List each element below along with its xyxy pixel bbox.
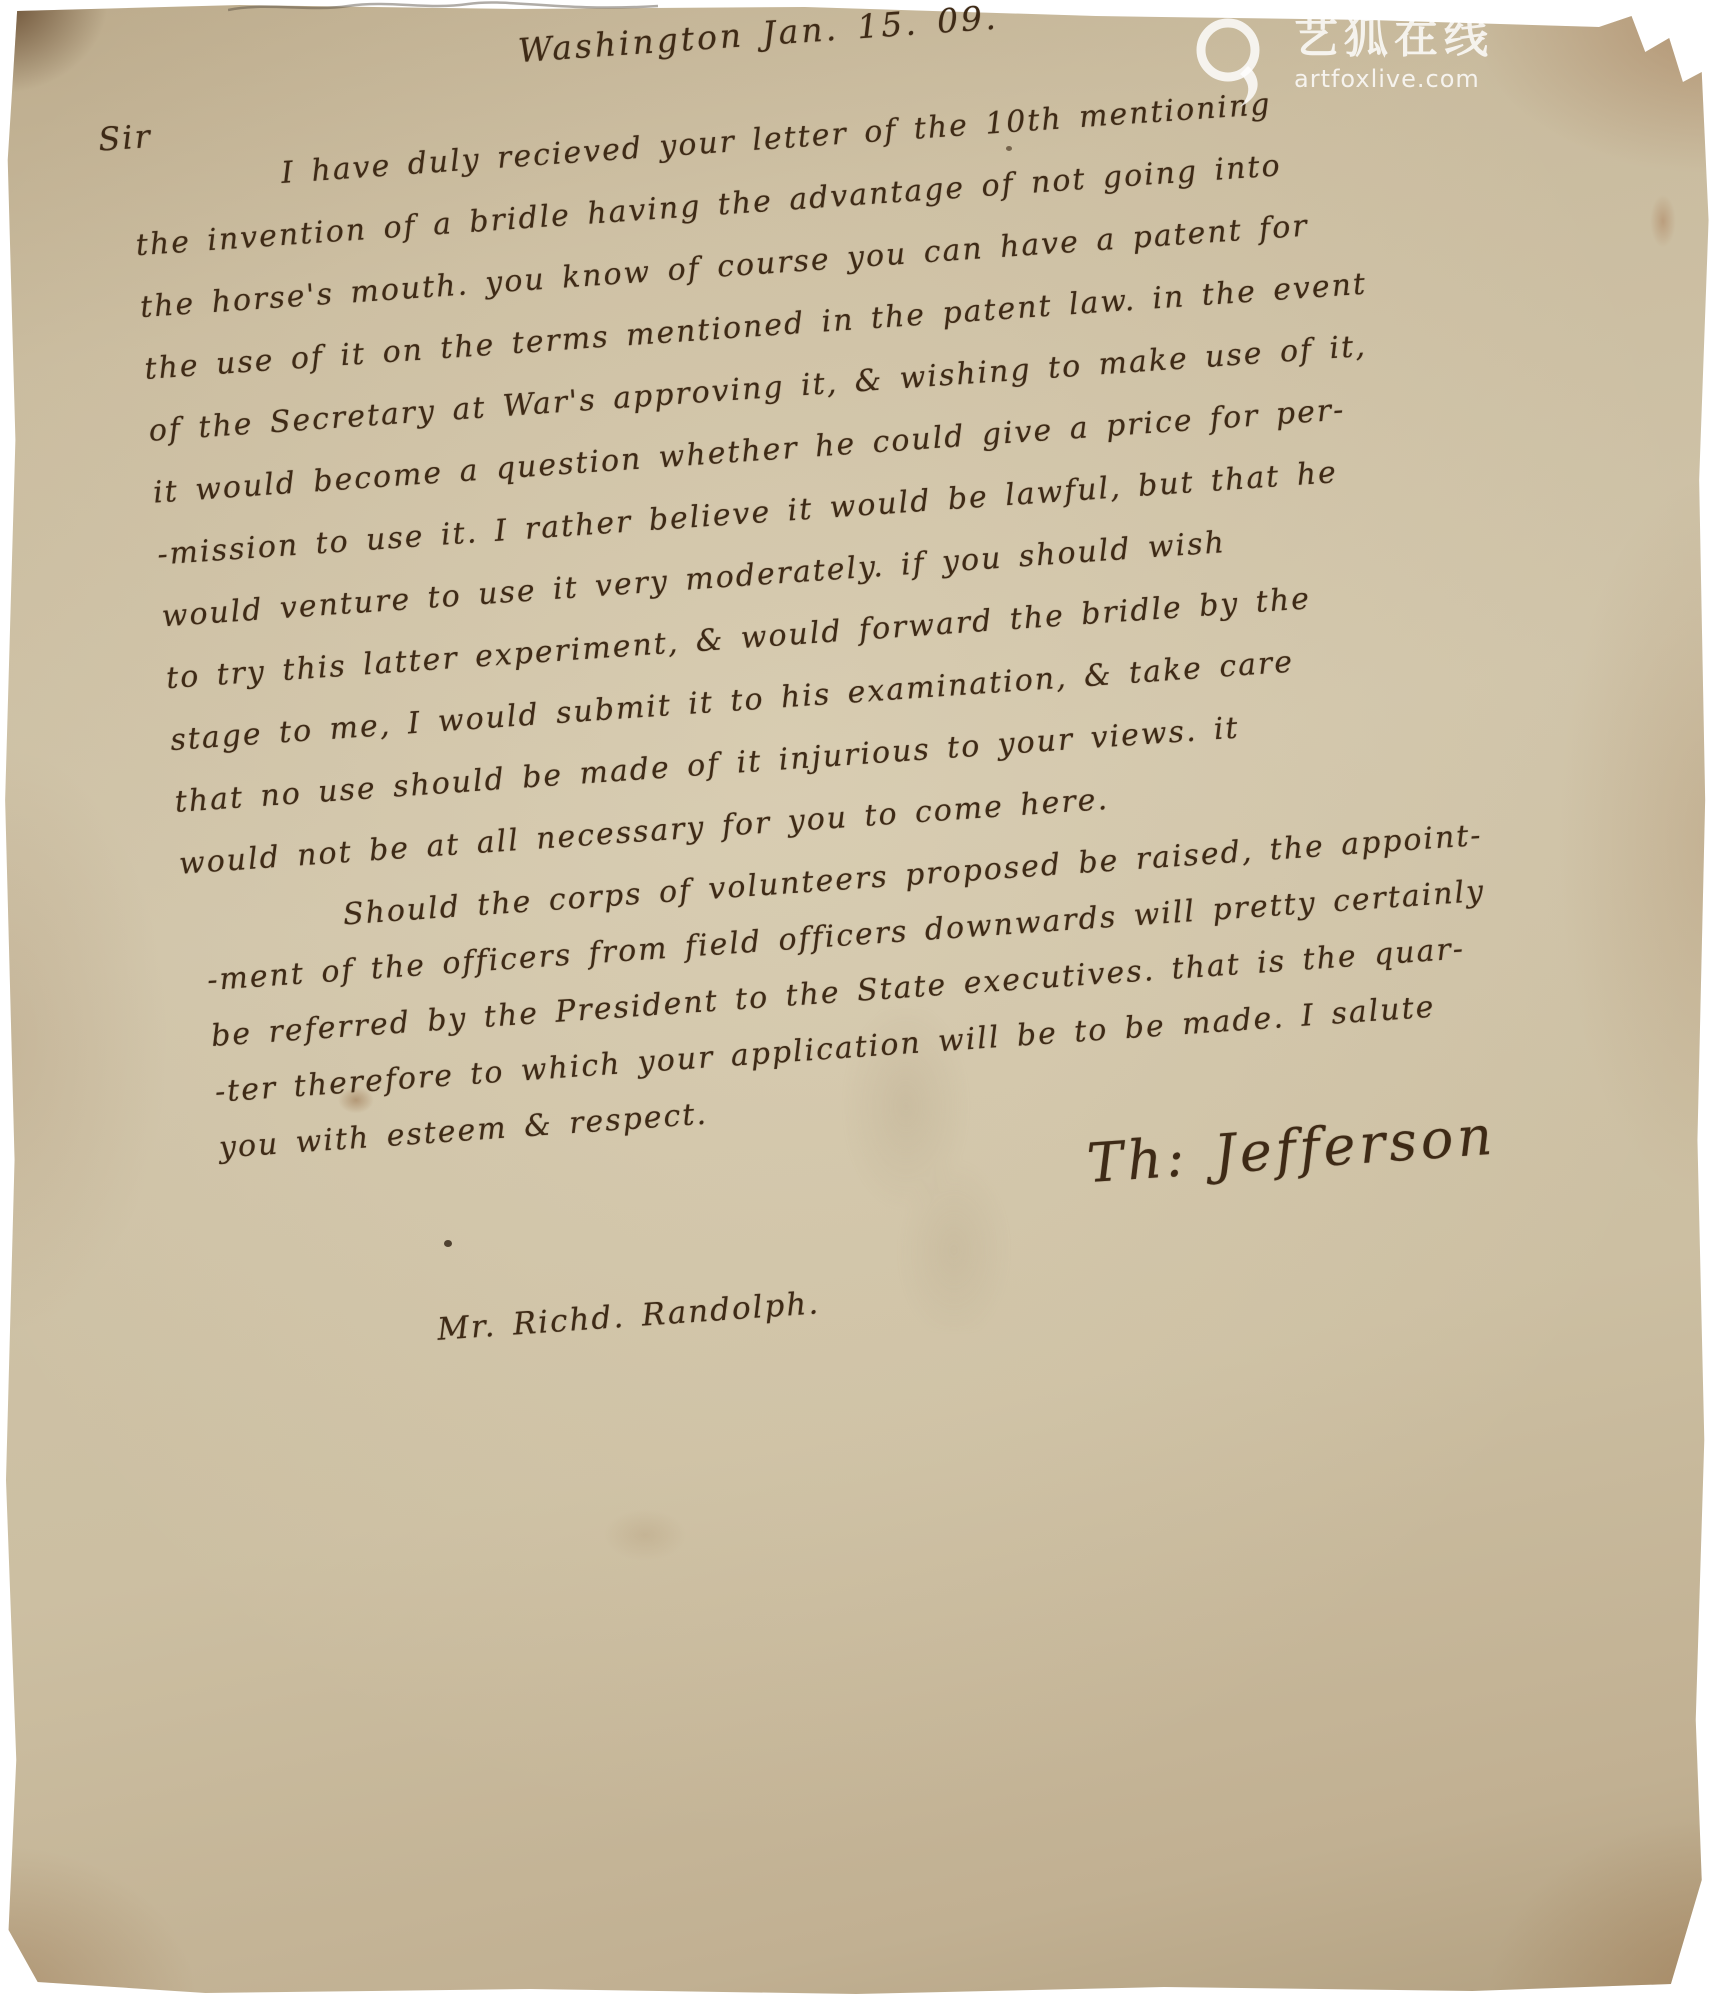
letter-body: Washington Jan. 15. 09. Sir I have duly … — [48, 0, 1637, 1387]
letter-paragraph-1: I have duly recieved your letter of the … — [56, 67, 1604, 914]
letter-photograph: Washington Jan. 15. 09. Sir I have duly … — [0, 0, 1712, 2000]
